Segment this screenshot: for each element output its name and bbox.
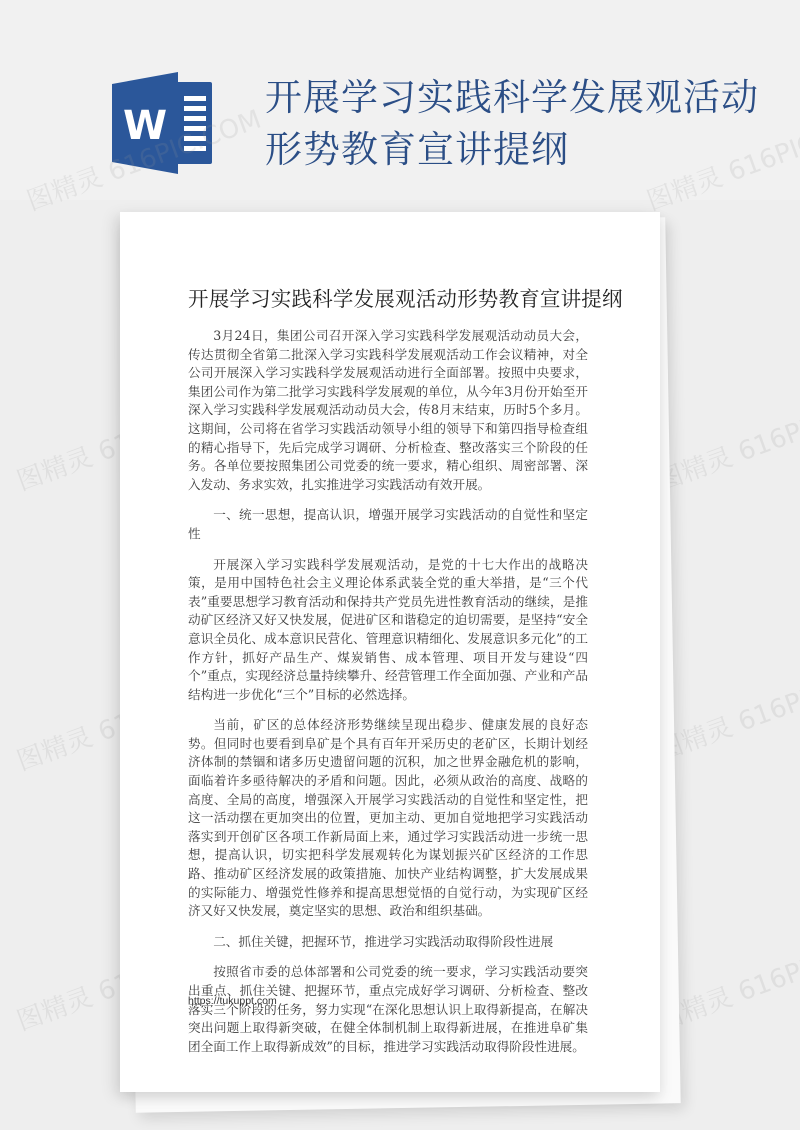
paragraph: 开展深入学习实践科学发展观活动，是党的十七大作出的战略决策，是用中国特色社会主义… xyxy=(188,556,588,705)
banner-title: 开展学习实践科学发展观活动 形势教育宣讲提纲 xyxy=(265,72,759,176)
paragraph: 当前，矿区的总体经济形势继续呈现出稳步、健康发展的良好态势。但同时也要看到阜矿是… xyxy=(188,716,588,921)
paragraph: 按照省市委的总体部署和公司党委的统一要求，学习实践活动要突出重点、抓住关键、把握… xyxy=(188,963,588,1056)
footer-url[interactable]: https://tukuppt.com xyxy=(188,995,277,1007)
header-banner: W 开展学习实践科学发展观活动 形势教育宣讲提纲 xyxy=(0,0,800,200)
banner-title-line2: 形势教育宣讲提纲 xyxy=(265,124,759,176)
document-page: 开展学习实践科学发展观活动形势教育宣讲提纲 3月24日，集团公司召开深入学习实践… xyxy=(120,212,660,1092)
paragraph-intro: 3月24日，集团公司召开深入学习实践科学发展观活动动员大会，传达贯彻全省第二批深… xyxy=(188,327,588,494)
svg-text:W: W xyxy=(123,103,167,149)
document-body: 3月24日，集团公司召开深入学习实践科学发展观活动动员大会，传达贯彻全省第二批深… xyxy=(188,327,588,1068)
watermark: 图精灵 616PIC.COM xyxy=(651,379,800,498)
word-document-icon: W xyxy=(110,72,214,174)
section-heading-1: 一、统一思想，提高认识，增强开展学习实践活动的自觉性和坚定性 xyxy=(188,506,588,543)
document-title: 开展学习实践科学发展观活动形势教育宣讲提纲 xyxy=(188,282,628,312)
section-heading-2: 二、抓住关键，把握环节，推进学习实践活动取得阶段性进展 xyxy=(188,933,588,952)
banner-title-line1: 开展学习实践科学发展观活动 xyxy=(265,72,759,124)
